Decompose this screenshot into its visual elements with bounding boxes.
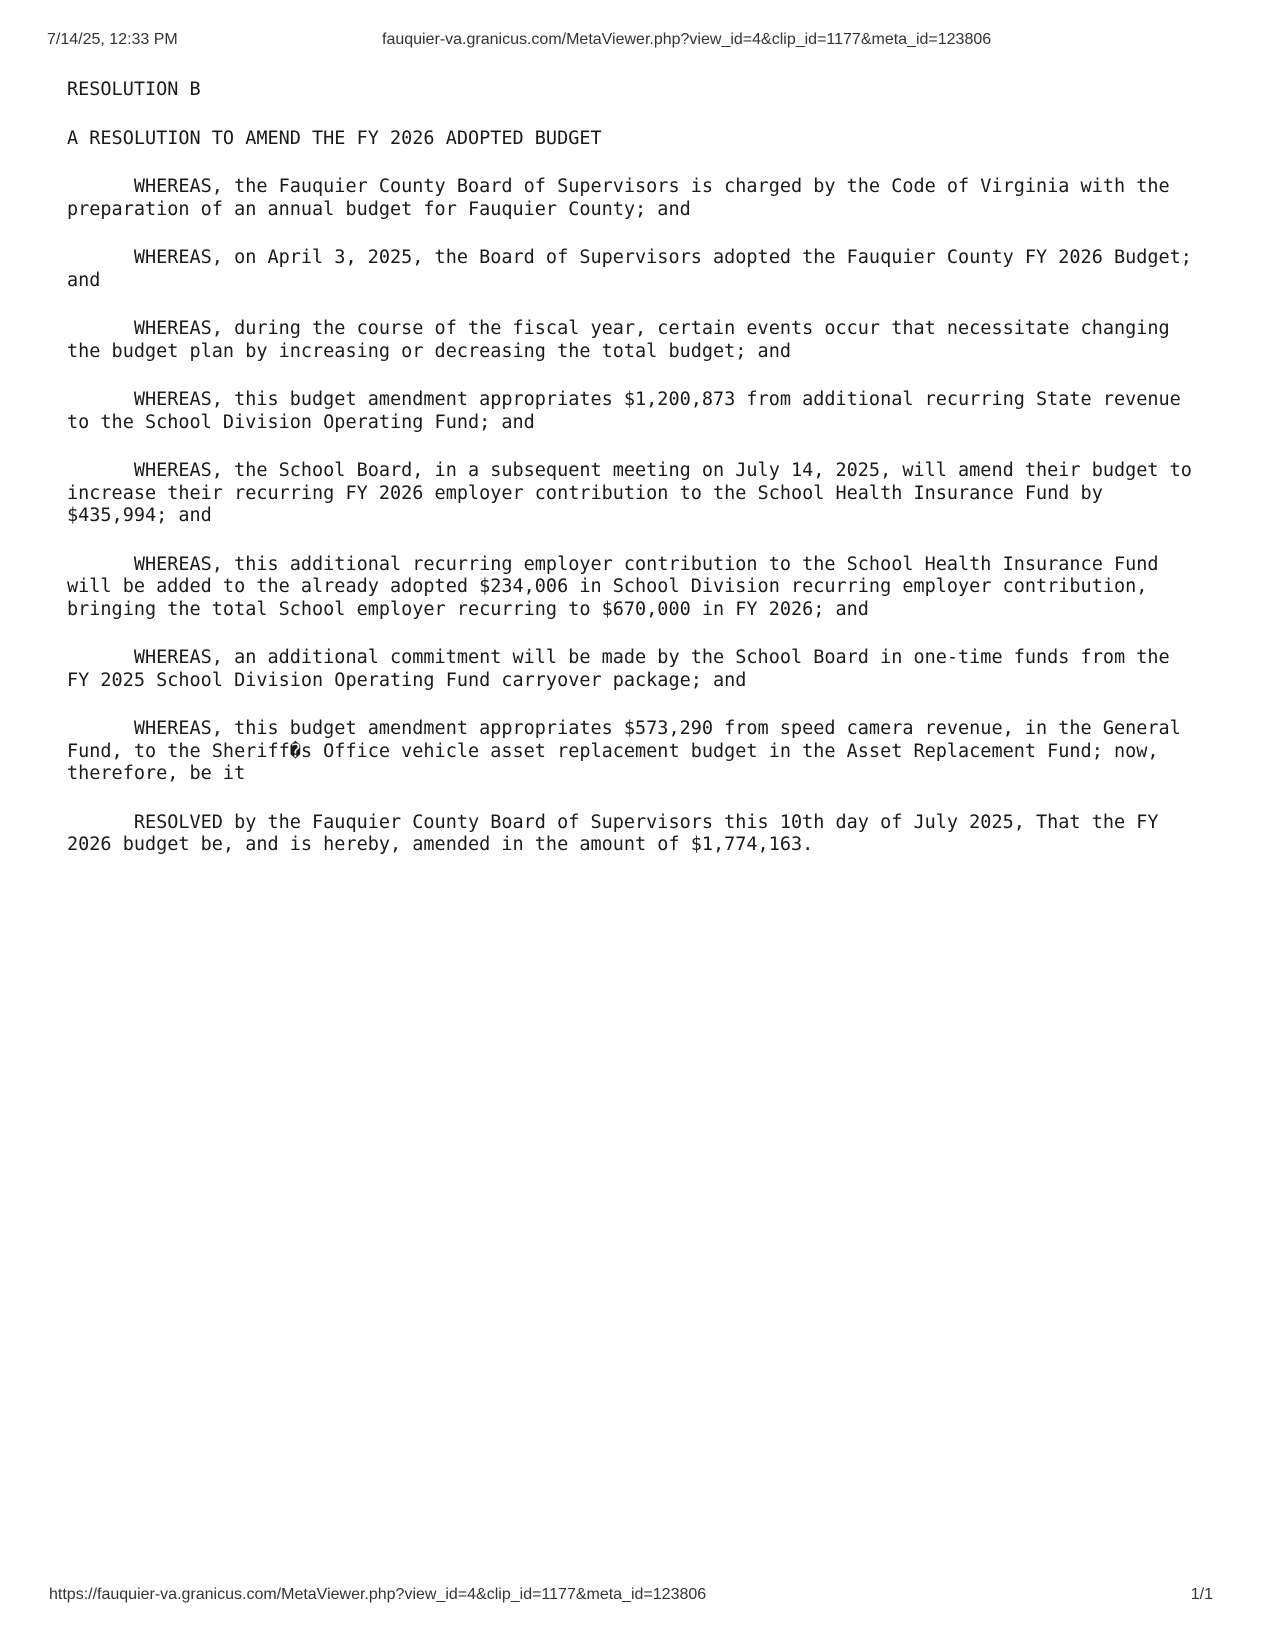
resolution-title: A RESOLUTION TO AMEND THE FY 2026 ADOPTE… bbox=[67, 128, 1265, 151]
resolution-heading: RESOLUTION B bbox=[67, 79, 1265, 102]
whereas-paragraph-8: WHEREAS, this budget amendment appropria… bbox=[67, 718, 1265, 786]
whereas-paragraph-7: WHEREAS, an additional commitment will b… bbox=[67, 647, 1265, 692]
whereas-paragraph-3: WHEREAS, during the course of the fiscal… bbox=[67, 318, 1265, 363]
resolution-document: RESOLUTION B A RESOLUTION TO AMEND THE F… bbox=[67, 79, 1265, 883]
print-header-datetime: 7/14/25, 12:33 PM bbox=[47, 30, 178, 49]
whereas-paragraph-2: WHEREAS, on April 3, 2025, the Board of … bbox=[67, 247, 1265, 292]
print-page: 7/14/25, 12:33 PM fauquier-va.granicus.c… bbox=[0, 0, 1265, 1637]
print-header-url: fauquier-va.granicus.com/MetaViewer.php?… bbox=[382, 30, 991, 49]
whereas-paragraph-4: WHEREAS, this budget amendment appropria… bbox=[67, 389, 1265, 434]
print-footer-page-number: 1/1 bbox=[1191, 1585, 1213, 1604]
whereas-paragraph-6: WHEREAS, this additional recurring emplo… bbox=[67, 554, 1265, 622]
whereas-paragraph-5: WHEREAS, the School Board, in a subseque… bbox=[67, 460, 1265, 528]
whereas-paragraph-1: WHEREAS, the Fauquier County Board of Su… bbox=[67, 176, 1265, 221]
resolved-paragraph: RESOLVED by the Fauquier County Board of… bbox=[67, 812, 1265, 857]
print-footer-url: https://fauquier-va.granicus.com/MetaVie… bbox=[49, 1585, 706, 1604]
